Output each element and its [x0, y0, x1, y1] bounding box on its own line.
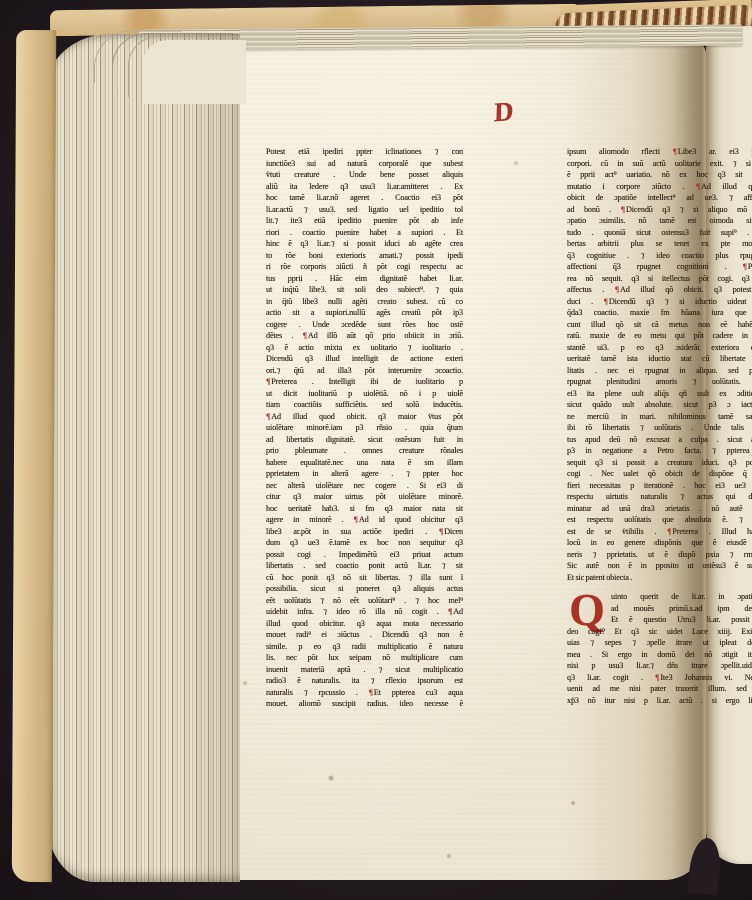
text-line: deo cogi? Et q3 sic uidet Luce xiiij. Ex… [567, 626, 752, 638]
pilcrow-mark: ¶ [439, 527, 443, 536]
text-line: citur q3 maior uirtus põt uiolẽtare mino… [266, 491, 463, 503]
text-line: cogi . Nec ualet qõ obicit de dispõne q̈… [567, 468, 752, 480]
text-line: locũ in eo genere dispõnis que ẽ eiusdẽ … [567, 537, 752, 549]
text-line: ¶Ad illud quod obicit. q3 maior v̈tus põ… [266, 411, 463, 423]
text-line: obicit de ɔpatiõe intellect⁹ ad ue3. ⁊ a… [567, 192, 752, 204]
text-column-right: ipsum aliomodo rflecti ¶Libe3 ar. ei3 pe… [567, 146, 752, 706]
text-line: uenit ad me nisi pater traxerit illum. s… [567, 683, 752, 695]
text-line: neris ⁊ pprietatis. ut ẽ dispõ pxia ⁊ rm… [567, 549, 752, 561]
text-line: libe3 ar.põt in sua actiõe ipediri . ¶Di… [266, 526, 463, 538]
text-line: Et sic patent obiecta . [567, 572, 752, 584]
pilcrow-mark: ¶ [615, 285, 619, 294]
text-line: hoc tamẽ li.ar.nõ ageret . Coactio ei3 p… [266, 192, 463, 204]
text-line: q̈3 cognitiue . ⁊ ideo coactio plus rpug… [567, 250, 752, 262]
text-line: q3 ẽ actio mixta ex uolitario ⁊ iuolitar… [266, 342, 463, 354]
text-line: ri rõe corporis ɔiũcti ñ põt cogi respec… [266, 261, 463, 273]
text-line: possibilia. sicut si poneret q3 aliquis … [266, 583, 463, 595]
text-line: naturalis ⁊ rpcussio . ¶Et ppterea cu3 a… [266, 687, 463, 699]
text-line: tus pprii . Hãc eim dignitatẽ habet li.a… [266, 273, 463, 285]
text-line: ipsum aliomodo rflecti ¶Libe3 ar. ei3 pe… [567, 146, 752, 158]
text-line: mouet radi⁹ ei ɔiũctus . Dicendũ q3 non … [266, 629, 463, 641]
text-line: riori . coactio puenire habet a supiori … [266, 227, 463, 239]
text-line: lit.⁊ ite3 etiã ipeditio puenire põt ab … [266, 215, 463, 227]
text-line: affectioni q̈3 rpugnet cognitioni . ¶Pre… [567, 261, 752, 273]
text-line: uias ⁊ sepes ⁊ ɔpelle itrare ut ipleat d… [567, 637, 752, 649]
text-line: li.ar.actũ ⁊ usu3. sed ligatio uel ipedi… [266, 204, 463, 216]
text-line: duci . ¶Dicendũ q3 ⁊ si iductio uideat e… [567, 296, 752, 308]
text-line: ueritatẽ tamẽ ista iductio stat cũ liber… [567, 353, 752, 365]
pilcrow-mark: ¶ [354, 515, 358, 524]
text-line: stantẽ ui3. p eo q3 ɔsiderãt exteriora o… [567, 342, 752, 354]
text-line: fieri necessitas p iterationẽ . hoc ei3 … [567, 480, 752, 492]
text-line: xp̃3 nõ itur nisi p li.ar. actũ . si erg… [567, 695, 752, 707]
text-line: ad mouẽs primũ.s.ad ipm deum. [611, 603, 752, 615]
text-line: ad bonũ . ¶Dicendũ q3 ⁊ si aliquo mõ sit [567, 204, 752, 216]
text-line: litatis . nec ei rpugnat in aliquo. sed … [567, 365, 752, 377]
text-line: ratũ. maxie de eo metu qui põt cadere in… [567, 330, 752, 342]
text-column-left: Potest etiã ipediri ppter iclinationes ⁊… [266, 146, 463, 710]
pilcrow-mark: ¶ [266, 377, 270, 386]
text-line: aliũ ita ledere q3 usu3 li.ar.amitteret … [266, 181, 463, 193]
text-line: mea . Si ergo in domũ dei nõ ɔtigit itra… [567, 649, 752, 661]
text-line: uidebit infra. ⁊ ideo rõ illa nõ cogit .… [266, 606, 463, 618]
text-line: Sic autẽ non ẽ in pposito ut ostẽsu3 ẽ s… [567, 560, 752, 572]
pilcrow-mark: ¶ [696, 182, 700, 191]
text-line: habere equalitatẽ.nec una nata ẽ sm illa… [266, 457, 463, 469]
text-line: simile. p eo q3 radii multiplicatio ẽ na… [266, 641, 463, 653]
text-line: tus apud deũ nõ excusat a culpa . sicut … [567, 434, 752, 446]
text-line: hinc ẽ q3 li.ar.⁊ si possit iduci ab agẽ… [266, 238, 463, 250]
text-line: to rõe boni exterioris amati.⁊ possit ip… [266, 250, 463, 262]
text-line: rea nõ sequit. q3 si itellectus põt cogi… [567, 273, 752, 285]
text-line: corpori. cũ in suũ actũ uolitarie exit. … [567, 158, 752, 170]
text-line: in q̈tũ libe3 nulli agẽti creato subest.… [266, 296, 463, 308]
text-line: possit cogi . Impedimẽtũ ei3 priuat actu… [266, 549, 463, 561]
drop-cap-initial: Q [567, 592, 607, 625]
pilcrow-mark: ¶ [621, 205, 625, 214]
text-line: ne merciũ in mari. nihilominus tamẽ salu… [567, 411, 752, 423]
pilcrow-mark: ¶ [655, 673, 659, 682]
text-line: ẽ pprii act⁹ uariatio. nõ ex hoc q3 sit … [567, 169, 752, 181]
text-line: lis. nec põt lux seipam nõ multiplicare … [266, 652, 463, 664]
text-line: ɔpatio ɔsimilis. nõ tamẽ est oimoda simi… [567, 215, 752, 227]
column-section-responses: ipsum aliomodo rflecti ¶Libe3 ar. ei3 pe… [567, 146, 752, 583]
pilcrow-mark: ¶ [743, 262, 747, 271]
text-line: mouet. aliomõ suscipit radius. ideo nece… [266, 698, 463, 710]
text-line: uiolẽtare minorẽ.iam p3 rñsio . quia q̈t… [266, 422, 463, 434]
text-line: hoc ueritatẽ hab3. si fm q3 maior nata s… [266, 503, 463, 515]
pilcrow-mark: ¶ [266, 412, 270, 421]
text-line: prio pbleumate . omnes creature rõnales [266, 445, 463, 457]
folio-mark: D [494, 95, 535, 129]
text-line: nisi p usu3 li.ar.⁊ dñs itrare ɔpellit.u… [567, 660, 752, 672]
text-line: dum q3 ue3 ẽ.tamẽ ex hoc non sequitur q3 [266, 537, 463, 549]
text-line: est de se v̈tibilis . ¶Preterea . Illud … [567, 526, 752, 538]
text-line: minatur ad unã dra3 ɔrietatis . nõ autẽ … [567, 503, 752, 515]
pilcrow-mark: ¶ [673, 147, 677, 156]
pilcrow-mark: ¶ [369, 688, 373, 697]
text-line: dẽtes . ¶Ad illõ aũt qõ prio obiicit in … [266, 330, 463, 342]
text-line: Potest etiã ipediri ppter iclinationes ⁊… [266, 146, 463, 158]
text-line: cunt illud qõ sit cã metus non eẽ habẽda… [567, 319, 752, 331]
text-line: iunctiõe3 sui ad naturã corporalẽ que su… [266, 158, 463, 170]
page-stack-left-edges [46, 34, 240, 882]
pilcrow-mark: ¶ [667, 527, 671, 536]
text-line: affectus . ¶Ad illud qõ obicit. q3 potes… [567, 284, 752, 296]
text-line: ut dicit iuolitariũ p uiolẽtiã. nõ i p u… [266, 388, 463, 400]
column-section-quinto-questio: Q uinto querit de li.ar. in ɔpationead m… [567, 591, 752, 706]
text-line: cogere . Unde ɔcedẽde sunt rões hoc ostẽ [266, 319, 463, 331]
text-line: q̈da3 coactio. maxie fm hũana iura que d… [567, 307, 752, 319]
text-line: mutatio i corpore ɔiũcto . ¶Ad illud quo… [567, 181, 752, 193]
pilcrow-mark: ¶ [604, 297, 608, 306]
text-line: respectu uirtutis naturalis ⁊ actus qui … [567, 491, 752, 503]
text-line: sequit q3 si possit a creatura iduci. q3… [567, 457, 752, 469]
text-line: actio sit a supiori.nullũ agẽs creatũ põ… [266, 307, 463, 319]
pilcrow-mark: ¶ [303, 331, 307, 340]
text-line: ei3 ita plene uult aliq̈s qñ uult ex ɔdi… [567, 388, 752, 400]
photograph-scene: D Potest etiã ipediri ppter iclinationes… [0, 0, 752, 900]
text-line: cũ hoc ponit q3 nõ sit libertas. ⁊ illa … [266, 572, 463, 584]
text-line: est respectu uolũtatis que absoluta ẽ. ⁊… [567, 514, 752, 526]
text-line: illud quod obicitur. q3 aqua mota necess… [266, 618, 463, 630]
text-line: Dicendũ q3 illud intelligit de actione e… [266, 353, 463, 365]
text-line: v̈tuti creature . Unde bene posset aliqu… [266, 169, 463, 181]
text-line: ut inq̈tũ libe3. sit soli deo subiect⁹. … [266, 284, 463, 296]
text-line: ad libertatis dignitatẽ. sicut ostẽsum f… [266, 434, 463, 446]
pilcrow-mark: ¶ [448, 607, 452, 616]
parchment-cover-left-edge [12, 30, 56, 882]
text-line: uinto querit de li.ar. in ɔpatione [611, 591, 752, 603]
text-line: radio3 ẽ naturalis. ita ⁊ rflexio ipsoru… [266, 675, 463, 687]
text-line: libertatis . sed coactio ponit actũ li.a… [266, 560, 463, 572]
text-line: nec alterã uiolẽtare nec cogere . Si ei3… [266, 480, 463, 492]
text-line: p3 in negatione a Petro facta. ⁊ ppterea… [567, 445, 752, 457]
text-line: tiam coactiõis sufficiẽtis. sed solũ ind… [266, 399, 463, 411]
text-line: Et ẽ questio Utru3 li.ar. possit a [611, 614, 752, 626]
text-line: eẽt uolũtatis ⁊ nõ eẽt uolũtari⁹ . ⁊ hoc… [266, 595, 463, 607]
text-line: sicut quãdo uult absolute. sicut p3 ɔ ia… [567, 399, 752, 411]
text-line: q3 li.ar. cogit . ¶Ite3 Johannis vi. Nem… [567, 672, 752, 684]
sheet-corner-line [94, 30, 225, 83]
text-line: rpugnat plenitudini amoris ⁊ uolũtatis. … [567, 376, 752, 388]
text-line: ori.⁊ q̈tũ ad illa3 põt interuenire ɔcoa… [266, 365, 463, 377]
text-line: tudo . quoniã sicut ostensu3 fuit supi⁹ … [567, 227, 752, 239]
text-line: inuenit materiã aptã . ⁊ sicut multiplic… [266, 664, 463, 676]
text-line: pprietatem in alterã agere . ⁊ ppter hoc [266, 468, 463, 480]
text-line: ibi rõ libertatis ⁊ uolũtatis . Unde tal… [567, 422, 752, 434]
text-line: ¶Preterea . Intelligit ibi de iuolitario… [266, 376, 463, 388]
text-line: bertas arbitrii plus se tenet ex pte mot… [567, 238, 752, 250]
text-line: agere in minorẽ . ¶Ad id quod obicitur q… [266, 514, 463, 526]
